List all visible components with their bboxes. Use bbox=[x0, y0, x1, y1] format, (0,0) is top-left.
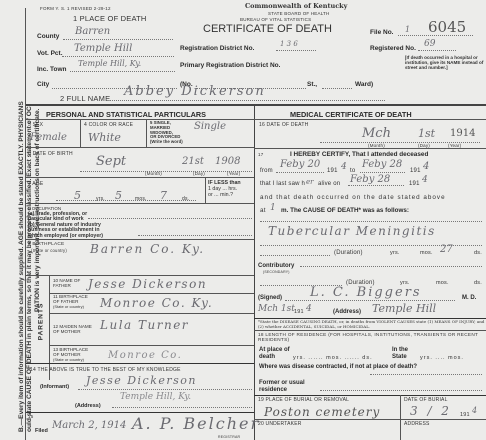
occupation-b-field[interactable] bbox=[138, 232, 252, 236]
to-year: 4 bbox=[423, 161, 429, 172]
dod-year: 1914 bbox=[450, 128, 475, 139]
signed-label: (Signed) bbox=[258, 295, 282, 301]
color-label: 4 COLOR OR RACE bbox=[84, 122, 133, 128]
md-label: M. D. bbox=[462, 295, 476, 301]
at-place-yrs: yrs. bbox=[293, 355, 306, 361]
mother-name-label: 12 MAIDEN NAME OF MOTHER bbox=[53, 324, 98, 334]
header-divider bbox=[26, 104, 486, 106]
in-state-values: yrs. .... mos. bbox=[420, 355, 464, 361]
place-of-death-label: 1 PLACE OF DEATH bbox=[73, 14, 147, 23]
father-birthplace-sub: (State or country) bbox=[53, 305, 93, 310]
filed-number: 15 bbox=[28, 414, 33, 419]
occupation-a-field[interactable] bbox=[88, 215, 252, 219]
death-certificate: B.—Every item of information should be c… bbox=[0, 0, 486, 440]
registered-no-label: Registered No. bbox=[370, 45, 416, 52]
from-dots bbox=[276, 168, 324, 173]
at-place-ds: ds. bbox=[362, 355, 372, 361]
secondary-label: (SECONDARY) bbox=[263, 270, 290, 274]
in-state-mos: mos. bbox=[448, 355, 464, 361]
day-caption: (Day) bbox=[193, 171, 205, 176]
medical-title-rule bbox=[254, 119, 486, 120]
certify-text: I HEREBY CERTIFY, That I attended deceas… bbox=[290, 151, 428, 158]
row-rule bbox=[254, 148, 486, 149]
county-label: County bbox=[37, 33, 59, 40]
informant-address-field[interactable]: Temple Hill, Ky. bbox=[112, 398, 252, 408]
duration-ds: ds. bbox=[474, 250, 482, 256]
row-rule bbox=[254, 395, 486, 396]
informant-address: Temple Hill, Ky. bbox=[120, 392, 191, 402]
vot-pct-field[interactable]: Temple Hill bbox=[62, 43, 174, 57]
contrib-mos: mos. bbox=[436, 280, 449, 286]
dob-year: 1908 bbox=[215, 156, 240, 167]
at-place-values: yrs. ...... mos. ...... ds. bbox=[293, 355, 373, 361]
age-label: 7 AGE bbox=[28, 181, 43, 187]
row-rule bbox=[254, 330, 486, 331]
last-saw-label: that I last saw h bbox=[260, 181, 305, 187]
date-of-death-label: 16 DATE OF DEATH bbox=[259, 122, 308, 128]
filed-date: March 2, 1914 bbox=[52, 420, 126, 431]
marital-line: (Write the word) bbox=[150, 140, 183, 145]
undertaker-address-label: ADDRESS bbox=[404, 421, 430, 427]
file-no: 6045 bbox=[428, 18, 466, 36]
informant-value: Jesse Dickerson bbox=[86, 374, 197, 387]
burial-year-prefix: 191 bbox=[460, 412, 470, 418]
color-value: White bbox=[88, 131, 121, 144]
mother-birthplace: Monroe Co. bbox=[108, 350, 182, 361]
dob-label: 6 DATE OF BIRTH bbox=[28, 151, 73, 157]
row-rule bbox=[26, 275, 254, 276]
row-rule bbox=[26, 177, 254, 178]
row-rule bbox=[26, 412, 254, 413]
ds-label: ds. bbox=[182, 196, 189, 202]
to-year-prefix: 191 bbox=[410, 168, 421, 174]
contrib-ds: ds. bbox=[474, 280, 482, 286]
certificate-title: CERTIFICATE OF DEATH bbox=[203, 23, 332, 35]
where-contracted-field[interactable] bbox=[370, 371, 482, 375]
county-field[interactable]: Barren bbox=[63, 26, 173, 40]
duration-yrs: yrs. bbox=[390, 250, 400, 256]
physician-address: Temple Hill bbox=[372, 302, 436, 315]
burial-year: 4 bbox=[472, 406, 477, 415]
physician-address-label: (Address) bbox=[333, 309, 361, 315]
father-name: Jesse Dickerson bbox=[88, 277, 207, 291]
age-years: 5 bbox=[74, 189, 81, 202]
cause-footnote: *State the DISEASE CAUSING DEATH, or, in… bbox=[258, 320, 486, 329]
informant-field[interactable]: Jesse Dickerson bbox=[78, 380, 252, 390]
cause-of-death: Tubercular Meningitis bbox=[268, 224, 436, 238]
mos-label: mos. bbox=[135, 196, 147, 202]
filed-label: Filed bbox=[35, 428, 48, 434]
if-less-line: or ... min.? bbox=[208, 192, 241, 198]
registered-no: 69 bbox=[424, 39, 435, 49]
mother-birthplace-label: 13 BIRTHPLACE OF MOTHER (State or countr… bbox=[53, 348, 93, 362]
sex-label: 3 SEX bbox=[28, 122, 43, 128]
where-contracted-label: Where was disease contracted, if not at … bbox=[259, 364, 429, 371]
undertaker-label: 20 UNDERTAKER bbox=[258, 421, 302, 427]
residence-label: 18 LENGTH OF RESIDENCE (FOR HOSPITALS, I… bbox=[258, 332, 486, 342]
birthplace-label: 9 BIRTHPLACE bbox=[28, 242, 64, 247]
dod-day: 1st bbox=[418, 127, 435, 140]
burial-label: 19 PLACE OF BURIAL OR REMOVAL bbox=[258, 397, 349, 403]
month-caption: (Month) bbox=[145, 171, 162, 176]
at-time: 1 bbox=[270, 203, 276, 213]
duration-days: 27 bbox=[440, 244, 453, 255]
to-dots bbox=[360, 168, 405, 173]
father-birthplace-label: 11 BIRTHPLACE OF FATHER (State or countr… bbox=[53, 295, 93, 309]
reg-district-value: 1 3 6 bbox=[280, 40, 298, 48]
sex-divider bbox=[80, 119, 81, 147]
hospital-note: [If death occurred in a hospital or inst… bbox=[405, 55, 485, 70]
from-year: 4 bbox=[341, 162, 347, 172]
inc-town-label: Inc. Town bbox=[37, 66, 67, 73]
signed-year: 4 bbox=[306, 304, 312, 314]
last-saw-dots bbox=[348, 181, 404, 186]
birthplace-sub: (State or country) bbox=[31, 248, 67, 253]
alive-label: alive on bbox=[318, 181, 340, 187]
informant-address-label: (Address) bbox=[75, 403, 101, 409]
former-residence-field[interactable] bbox=[320, 387, 482, 391]
parents-divider bbox=[49, 275, 50, 380]
marital-value: Single bbox=[194, 121, 226, 132]
parents-label: PARENTS bbox=[37, 303, 44, 341]
vot-pct-value: Temple Hill bbox=[74, 43, 132, 54]
sex-value: Female bbox=[30, 132, 67, 143]
last-saw-year: 4 bbox=[422, 175, 428, 185]
mother-name: Lula Turner bbox=[100, 318, 189, 332]
state-title: Commonwealth of Kentucky bbox=[245, 2, 347, 10]
father-name-label: 10 NAME OF FATHER bbox=[53, 278, 83, 288]
center-divider bbox=[254, 104, 255, 440]
medical-section-title: MEDICAL CERTIFICATE OF DEATH bbox=[290, 110, 412, 119]
dob-month: Sept bbox=[96, 154, 126, 169]
row-rule bbox=[26, 239, 254, 240]
contributory-dots bbox=[300, 263, 482, 267]
row-rule bbox=[26, 363, 254, 364]
former-residence-label: Former or usual residence bbox=[259, 380, 319, 394]
vot-pct-label: Vot. Pct. bbox=[37, 50, 63, 57]
burial-date-label: DATE OF BURIAL bbox=[404, 397, 448, 403]
above-true-label: 14 THE ABOVE IS TRUE TO THE BEST OF MY K… bbox=[30, 367, 181, 373]
file-no-label: File No. bbox=[370, 29, 393, 36]
from-year-prefix: 191 bbox=[327, 168, 338, 174]
form-number: FORM Y. S. 1 REVISED 2-29-12 bbox=[40, 6, 111, 11]
personal-title-rule bbox=[26, 119, 254, 120]
row-rule bbox=[254, 419, 486, 420]
birthplace-value: Barren Co. Ky. bbox=[90, 242, 205, 256]
registered-no-field: 69 bbox=[418, 40, 456, 51]
duration-dots bbox=[260, 252, 330, 256]
board-of-health: STATE BOARD OF HEALTH bbox=[268, 11, 329, 16]
file-no-field: 1 6045 bbox=[398, 24, 473, 36]
file-no-prefix: 1 bbox=[405, 25, 410, 34]
at-label: at bbox=[260, 207, 266, 214]
at-place-mos: mos. bbox=[326, 355, 342, 361]
primary-reg-label: Primary Registration District No. bbox=[180, 62, 280, 69]
inc-town-field[interactable]: Temple Hill, Ky. bbox=[70, 58, 175, 72]
occupation-label: 8 OCCUPATION (a) Trade, profession, or p… bbox=[28, 206, 103, 240]
full-name-field[interactable]: Abbey Dickerson bbox=[110, 86, 385, 101]
registrar-label: REGISTRAR bbox=[218, 435, 240, 439]
age-days: 7 bbox=[160, 189, 167, 202]
signed-year-prefix: 191 bbox=[294, 309, 304, 315]
dob-day: 21st bbox=[182, 156, 204, 167]
age-months: 5 bbox=[115, 189, 122, 202]
last-saw-year-prefix: 191 bbox=[409, 181, 420, 187]
informant-label: (Informant) bbox=[40, 384, 69, 390]
age-divider bbox=[205, 177, 206, 203]
cause-intro: m. The CAUSE OF DEATH* was as follows: bbox=[281, 207, 409, 214]
burial-date: 3 / 2 bbox=[410, 404, 452, 418]
in-state-label: In the State bbox=[392, 347, 422, 361]
bureau: BUREAU OF VITAL STATISTICS bbox=[240, 17, 311, 22]
occurred-text: and that death occurred on the date stat… bbox=[260, 194, 446, 201]
last-saw-pronoun: er bbox=[306, 178, 314, 186]
duration-label: (Duration) bbox=[334, 250, 363, 256]
row-rule bbox=[49, 345, 254, 346]
personal-section-title: PERSONAL AND STATISTICAL PARTICULARS bbox=[46, 110, 206, 119]
row-rule bbox=[26, 147, 254, 148]
registrar-signature: A. P. Belcher bbox=[132, 414, 260, 433]
certify-number: 17 bbox=[258, 152, 263, 157]
if-less-note: IF LESS than 1 day ... hrs. or ... min.? bbox=[208, 180, 241, 198]
full-name-value: Abbey Dickerson bbox=[124, 84, 266, 99]
burial-divider bbox=[400, 395, 401, 440]
reg-district-field[interactable]: 1 3 6 bbox=[276, 40, 316, 51]
from-label: from bbox=[260, 168, 273, 174]
contributory-label: Contributory bbox=[258, 263, 294, 269]
color-divider bbox=[146, 119, 147, 147]
father-birthplace: Monroe Co. Ky. bbox=[100, 296, 213, 310]
year-caption: (Year) bbox=[227, 171, 240, 176]
row-rule bbox=[49, 313, 254, 314]
cause-line-1 bbox=[260, 218, 482, 222]
physician-signature: L. C. Biggers bbox=[310, 285, 422, 300]
dod-month: Mch bbox=[362, 126, 391, 141]
duration-mos: mos. bbox=[420, 250, 433, 256]
inc-town-value: Temple Hill, Ky. bbox=[78, 59, 141, 68]
reg-district-label: Registration District No. bbox=[180, 45, 254, 52]
left-border bbox=[25, 8, 26, 440]
signed-date: Mch 1st bbox=[258, 304, 295, 314]
city-label: City bbox=[37, 81, 49, 88]
yrs-label: yrs. bbox=[96, 196, 105, 202]
burial-place: Poston cemetery bbox=[264, 405, 380, 419]
mother-birthplace-sub: (State or country) bbox=[53, 358, 93, 363]
in-state-yrs: yrs. bbox=[420, 355, 433, 361]
full-name-label: 2 FULL NAME bbox=[60, 94, 110, 103]
marital-label: 5 SINGLE, MARRIED WIDOWED, OR DIVORCED (… bbox=[150, 121, 183, 145]
row-rule bbox=[26, 203, 254, 204]
county-value: Barren bbox=[75, 26, 110, 37]
